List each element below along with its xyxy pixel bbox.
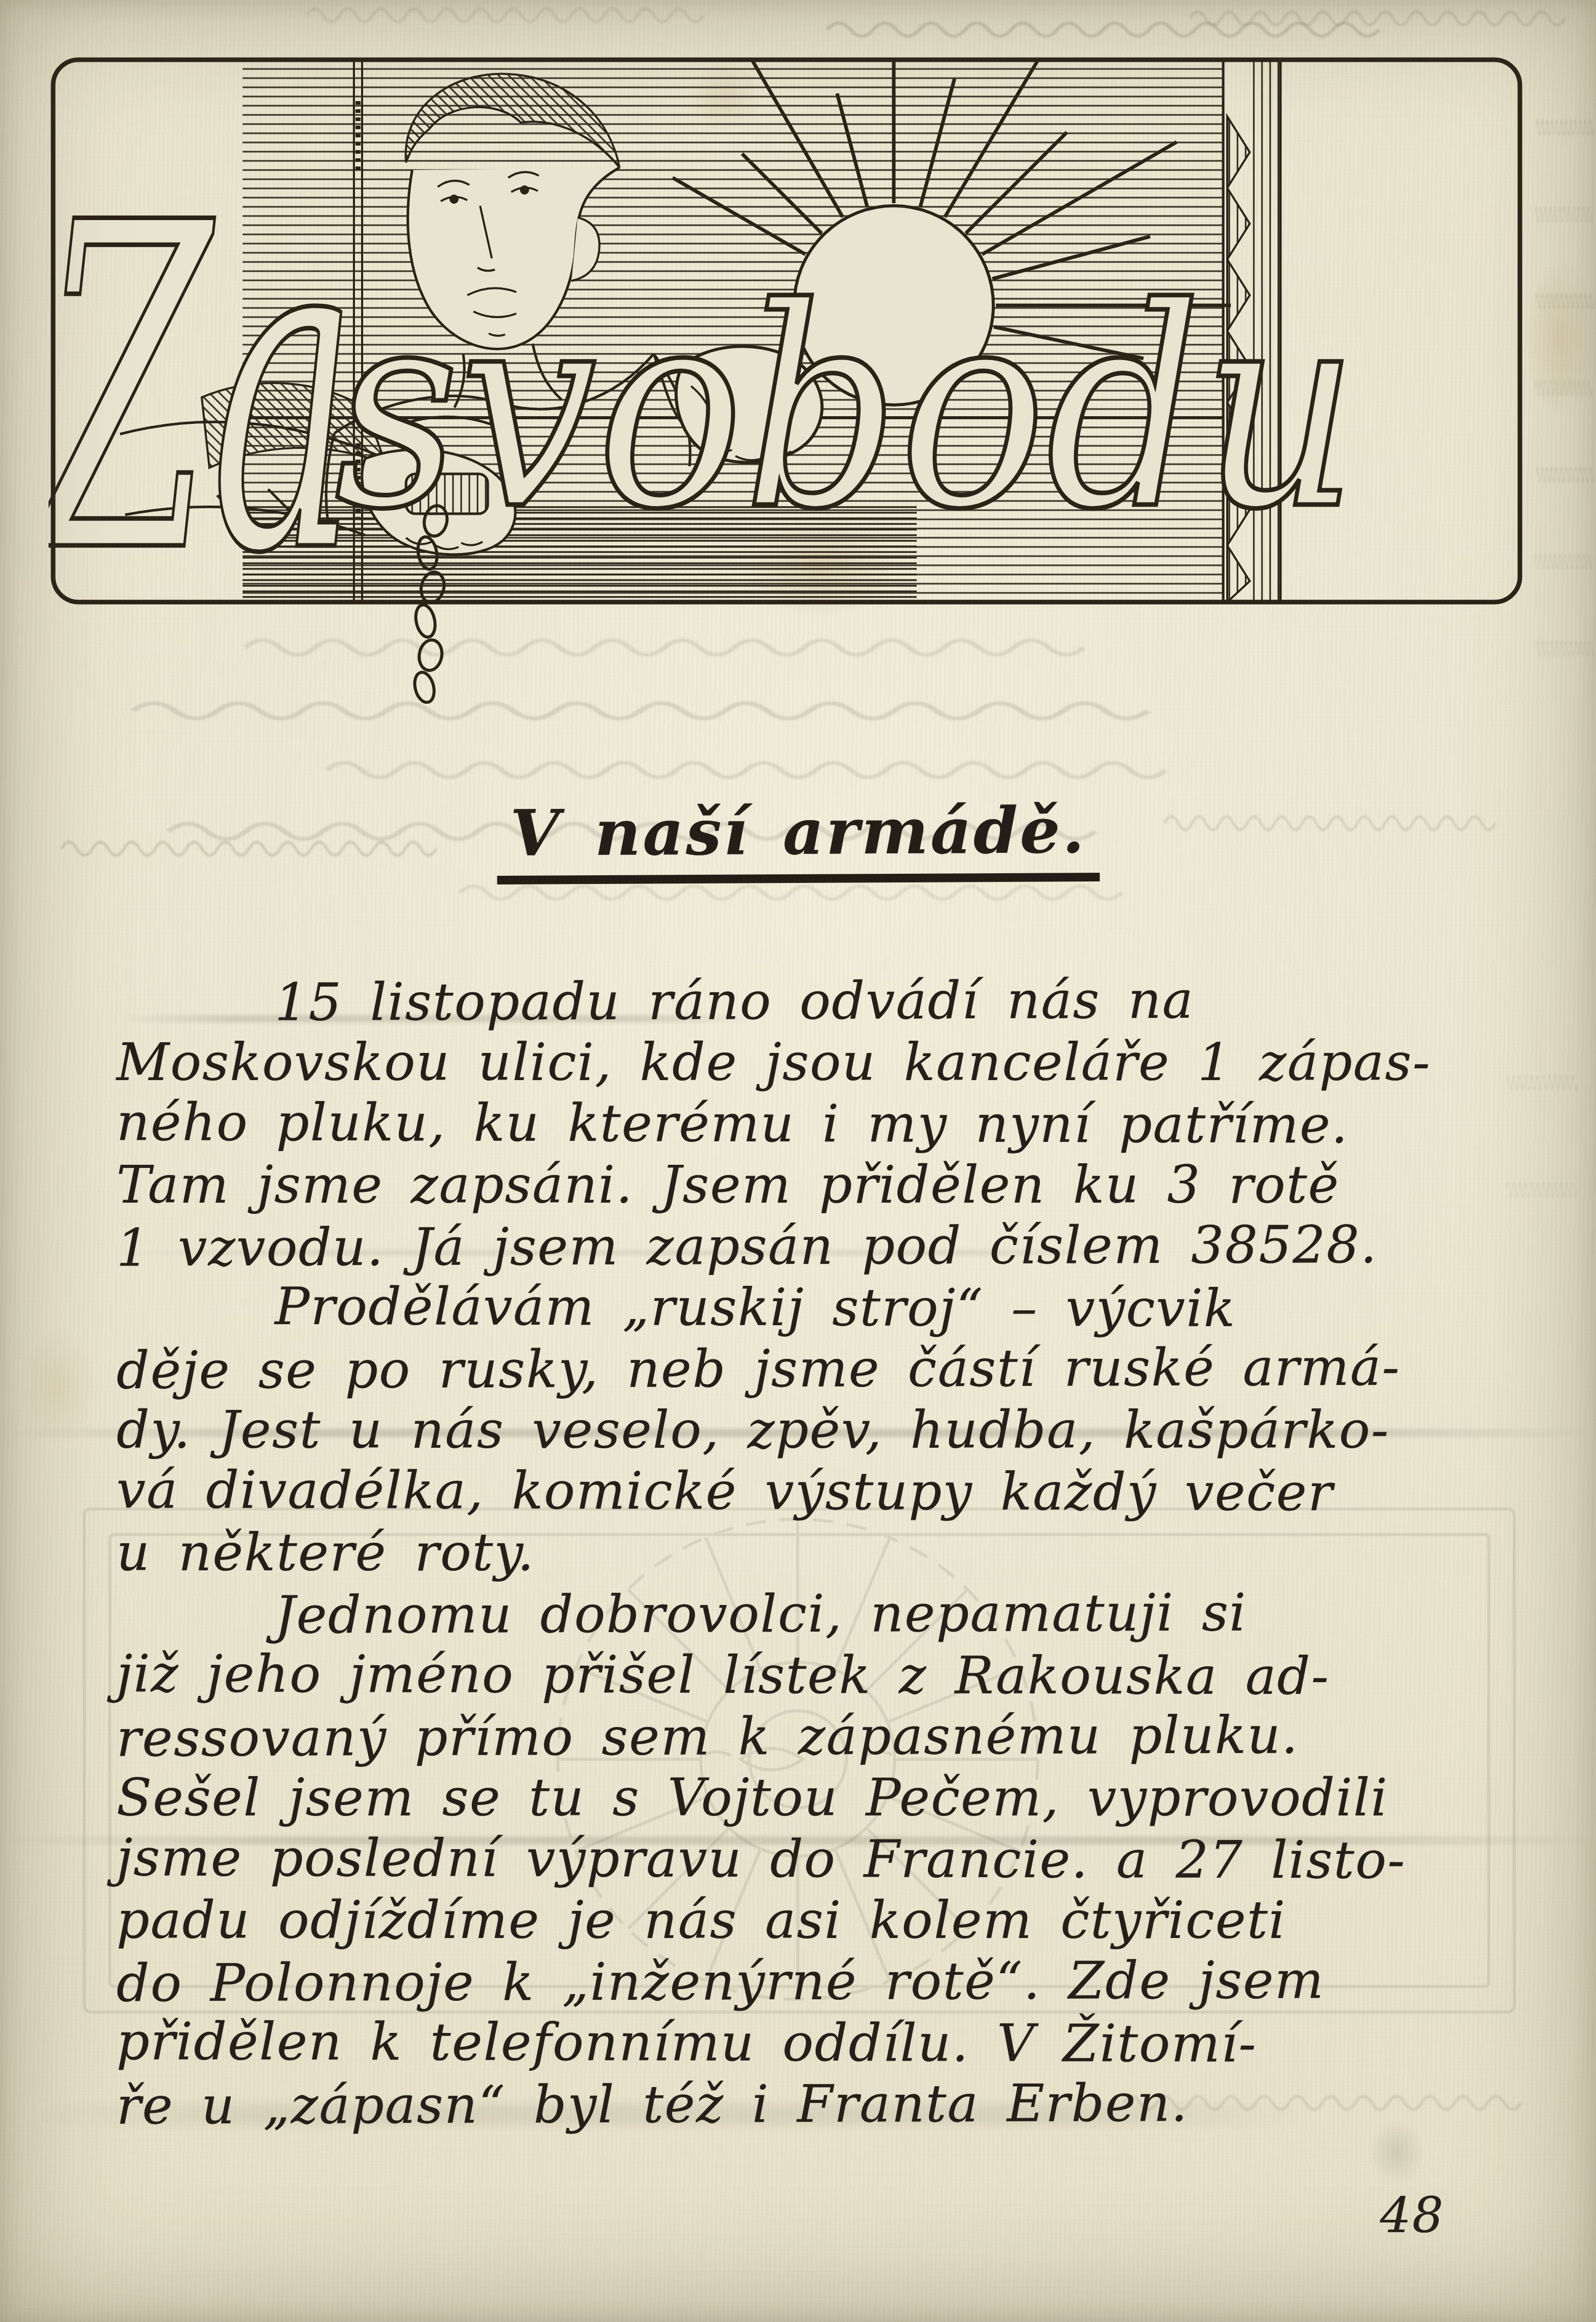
handwritten-line: Jednomu dobrovolci, nepamatuji si — [116, 1582, 1455, 1646]
banner-word-za: Za — [49, 128, 358, 652]
handwritten-line: padu odjíždíme je nás asi kolem čtyřicet… — [116, 1889, 1455, 1951]
header-illustration: Za svobodu — [49, 55, 1530, 704]
paper-stain — [20, 1328, 97, 1445]
handwritten-line: děje se po rusky, neb jsme částí ruské a… — [116, 1336, 1455, 1401]
handwritten-line: u některé roty. — [116, 1522, 1455, 1583]
handwritten-line: ného pluku, ku kterému i my nyní patříme… — [116, 1091, 1455, 1155]
handwritten-line: 15 listopadu ráno odvádí nás na — [116, 969, 1455, 1034]
handwritten-line: Moskovskou ulici, kde jsou kanceláře 1 z… — [116, 1032, 1455, 1093]
handwritten-line: jsme poslední výpravu do Francie. a 27 l… — [116, 1827, 1455, 1890]
handwritten-line: dy. Jest u nás veselo, zpěv, hudba, kašp… — [116, 1399, 1455, 1461]
page-number: 48 — [1380, 2187, 1444, 2244]
handwritten-line: již jeho jméno přišel lístek z Rakouska … — [116, 1643, 1455, 1707]
handwritten-line: přidělen k telefonnímu oddílu. V Žitomí- — [116, 2010, 1455, 2074]
section-title: V naší armádě. — [496, 799, 1100, 884]
section-title-row: V naší armádě. — [0, 801, 1596, 883]
handwritten-line: ře u „zápasn“ byl též i Franta Erben. — [116, 2072, 1455, 2137]
banner-word-svobodu: svobodu — [335, 249, 1359, 570]
handwritten-line: 1 vzvodu. Já jsem zapsán pod číslem 3852… — [116, 1214, 1455, 1279]
diary-page: Za svobodu V naší armádě. 15 listopadu r… — [0, 0, 1596, 2322]
handwritten-line: ressovaný přímo sem k zápasnému pluku. — [116, 1704, 1455, 1769]
handwritten-line: do Polonnoje k „inženýrné rotě“. Zde jse… — [116, 1949, 1455, 2014]
diary-entry: 15 listopadu ráno odvádí nás na Moskovsk… — [116, 970, 1455, 2135]
paper-stain — [1524, 260, 1596, 419]
handwritten-line: vá divadélka, komické výstupy každý veče… — [116, 1459, 1455, 1523]
handwritten-line: Tam jsme zapsáni. Jsem přidělen ku 3 rot… — [116, 1154, 1455, 1215]
handwritten-line: Prodělávám „ruskij stroj“ – výcvik — [116, 1275, 1455, 1339]
handwritten-line: Sešel jsem se tu s Vojtou Pečem, vyprovo… — [116, 1767, 1455, 1828]
